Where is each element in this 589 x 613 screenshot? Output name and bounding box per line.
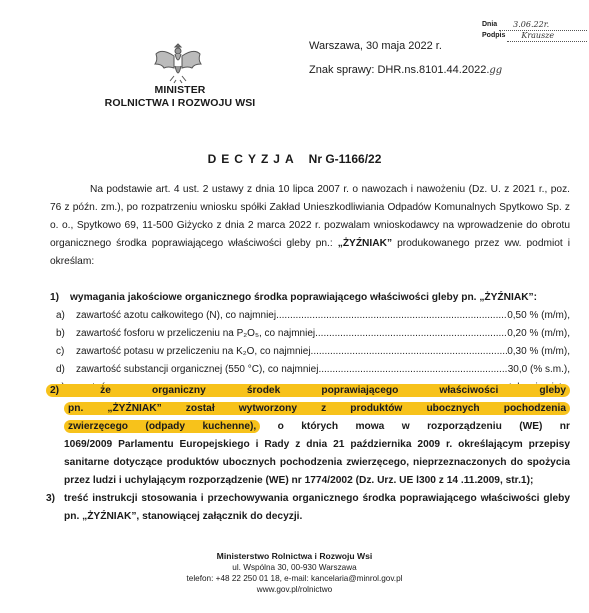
authority-line-2: ROLNICTWA I ROZWOJU WSI (80, 97, 280, 110)
requirement-letter: b) (56, 325, 76, 343)
polish-eagle-emblem-icon (152, 40, 204, 84)
item-2-origin-statement: 2) że organiczny środek poprawiającego w… (46, 382, 570, 526)
footer-website: www.gov.pl/rolnictwo (0, 584, 589, 595)
requirement-value: 0,50 % (m/m), (507, 307, 570, 325)
letterhead-footer: Ministerstwo Rolnictwa i Rozwoju Wsi ul.… (0, 551, 589, 595)
received-stamp: WPŁYNEŁO Dnia 3.06.22r. Podpis Krausze (482, 9, 587, 42)
decision-title-word: DECYZJA (208, 152, 299, 166)
footer-organization: Ministerstwo Rolnictwa i Rozwoju Wsi (0, 551, 589, 562)
place-and-date: Warszawa, 30 maja 2022 r. (309, 40, 442, 52)
decision-title: DECYZJA Nr G-1166/22 (0, 152, 589, 166)
item-2-rest: 1069/2009 Parlamentu Europejskiego i Rad… (46, 436, 570, 490)
authority-line-1: MINISTER (80, 84, 280, 97)
requirement-value: 0,20 % (m/m), (507, 325, 570, 343)
item-3-text: treść instrukcji stosowania i przechowyw… (64, 490, 570, 526)
item-3-instructions: 3) treść instrukcji stosowania i przecho… (46, 490, 570, 526)
item-2-line-1: że organiczny środek poprawiającego właś… (100, 385, 566, 396)
requirement-letter: a) (56, 307, 76, 325)
intro-product-name: „ŻYŹNIAK” (338, 238, 392, 249)
case-number-label: Znak sprawy: DHR.ns.8101.44.2022. (309, 64, 489, 76)
footer-address: ul. Wspólna 30, 00-930 Warszawa (0, 562, 589, 573)
item-1-text: wymagania jakościowe organicznego środka… (64, 289, 570, 307)
decision-intro: Na podstawie art. 4 ust. 2 ustawy z dnia… (50, 181, 570, 271)
requirement-value: 0,30 % (m/m), (507, 343, 570, 361)
requirement-value: 30,0 (% s.m.), (508, 361, 570, 379)
dot-leader (315, 325, 507, 343)
item-2-line-3-rest: o których mowa w rozporządzeniu (WE) nr (260, 421, 570, 432)
stamp-title: WPŁYNEŁO (490, 9, 589, 20)
item-1-number: 1) (50, 289, 64, 307)
requirement-row: b)zawartość fosforu w przeliczeniu na P₂… (50, 325, 570, 343)
requirement-letter: c) (56, 343, 76, 361)
dot-leader (276, 307, 507, 325)
footer-contact: telefon: +48 22 250 01 18, e-mail: kance… (0, 573, 589, 584)
stamp-sign-row: Podpis Krausze (482, 31, 587, 42)
item-2-line-2: pn. „ŻYŹNIAK” został wytworzony z produk… (64, 402, 570, 415)
item-3-number: 3) (46, 490, 64, 526)
dot-leader (311, 343, 508, 361)
stamp-date-row: Dnia 3.06.22r. (482, 20, 587, 31)
stamp-date-label: Dnia (482, 20, 497, 31)
dot-leader (318, 361, 507, 379)
requirement-letter: d) (56, 361, 76, 379)
requirement-description: zawartość substancji organicznej (550 °C… (76, 361, 318, 379)
item-1-quality-requirements: 1) wymagania jakościowe organicznego śro… (50, 289, 570, 397)
stamp-sign-value: Krausze (507, 31, 587, 42)
requirement-description: zawartość potasu w przeliczeniu na K₂O, … (76, 343, 311, 361)
requirement-row: d)zawartość substancji organicznej (550 … (50, 361, 570, 379)
stamp-date-value: 3.06.22r. (499, 20, 587, 31)
case-number: Znak sprawy: DHR.ns.8101.44.2022.gg (309, 64, 502, 76)
requirement-row: c)zawartość potasu w przeliczeniu na K₂O… (50, 343, 570, 361)
requirement-description: zawartość azotu całkowitego (N), co najm… (76, 307, 276, 325)
case-number-handwritten: gg (489, 65, 502, 76)
requirement-description: zawartość fosforu w przeliczeniu na P₂O₅… (76, 325, 315, 343)
item-2-number: 2) (50, 385, 59, 396)
highlight-line-1: 2) że organiczny środek poprawiającego w… (46, 384, 570, 397)
issuing-authority: MINISTER ROLNICTWA I ROZWOJU WSI (80, 84, 280, 110)
decision-title-number: Nr G-1166/22 (309, 152, 382, 166)
requirement-row: a)zawartość azotu całkowitego (N), co na… (50, 307, 570, 325)
stamp-sign-label: Podpis (482, 31, 505, 42)
item-2-line-3-highlight: zwierzęcego (odpady kuchenne), (64, 420, 260, 433)
